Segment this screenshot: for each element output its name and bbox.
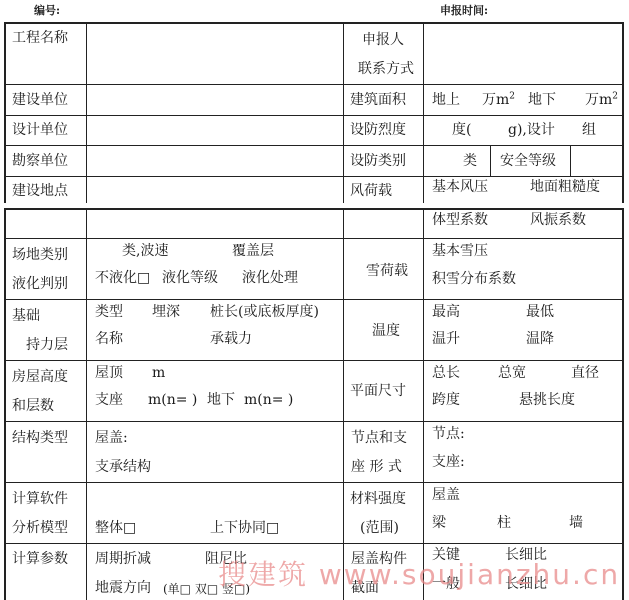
underground-floors: m(n= ) xyxy=(244,392,293,408)
intensity-degree: 度( xyxy=(452,122,471,138)
joint-support-label-2: 座 形 式 xyxy=(351,459,402,475)
site-class-wave-speed: 类,波速 xyxy=(122,243,168,259)
fortification-category-label: 设防类别 xyxy=(350,153,406,169)
diameter: 直径 xyxy=(571,365,599,381)
area-unit-below: 万m2 xyxy=(585,92,618,108)
area-unit-above: 万m2 xyxy=(482,92,515,108)
site-category-label: 场地类别 xyxy=(12,247,68,263)
building-height-label: 房屋高度 xyxy=(12,369,68,385)
calculation-params-label: 计算参数 xyxy=(12,551,68,567)
construction-site-label: 建设地点 xyxy=(12,183,68,199)
seismic-direction: 地震方向 xyxy=(95,580,151,596)
underground-label: 地下 xyxy=(207,392,235,408)
below-ground-label: 地下 xyxy=(528,92,556,108)
building-area-label: 建筑面积 xyxy=(350,92,406,108)
survey-unit-label: 勘察单位 xyxy=(12,153,68,169)
wind-vibration-coefficient-label: 风振系数 xyxy=(530,212,586,228)
liquefaction-treatment: 液化处理 xyxy=(242,270,298,286)
software-label: 计算软件 xyxy=(12,491,68,507)
watermark: 搜建筑 www.soujianzhu.cn xyxy=(218,553,620,593)
roof-material: 屋盖 xyxy=(432,487,460,503)
column-material: 柱 xyxy=(497,515,511,531)
construction-unit-field[interactable] xyxy=(88,86,341,113)
pile-length: 桩长(或底板厚度) xyxy=(210,304,319,320)
applicant-label: 申报人 xyxy=(362,32,404,48)
safety-grade-field[interactable] xyxy=(572,147,620,174)
bearing-capacity: 承载力 xyxy=(210,331,252,347)
total-width: 总宽 xyxy=(498,365,526,381)
bearing-layer-label: 持力层 xyxy=(26,337,68,353)
basic-wind-pressure-label: 基本风压 xyxy=(432,179,488,195)
cantilever-length: 悬挑长度 xyxy=(519,392,575,408)
temperature-drop: 温降 xyxy=(526,331,554,347)
span: 跨度 xyxy=(432,392,460,408)
wall-material: 墙 xyxy=(569,515,583,531)
range-label: (范围) xyxy=(360,520,399,536)
seismic-intensity-label: 设防烈度 xyxy=(350,122,406,138)
design-group: 组 xyxy=(582,122,596,138)
bearing-layer-name: 名称 xyxy=(95,331,123,347)
support-floors: m(n= ) xyxy=(148,392,197,408)
non-liquefaction-checkbox[interactable]: 不液化□ xyxy=(95,270,150,286)
overall-model-checkbox[interactable]: 整体□ xyxy=(95,520,136,536)
collaborative-model-checkbox[interactable]: 上下协同□ xyxy=(210,520,279,536)
category-class: 类 xyxy=(463,153,477,169)
construction-site-field[interactable] xyxy=(88,178,341,202)
snow-distribution-coefficient: 积雪分布系数 xyxy=(432,271,516,287)
beam-material: 梁 xyxy=(432,515,446,531)
ground-roughness-label: 地面粗糙度 xyxy=(530,179,600,195)
roof-height: 屋顶 xyxy=(95,365,123,381)
overburden-layer: 覆盖层 xyxy=(232,243,274,259)
serial-number-label: 编号: xyxy=(34,2,60,18)
joint-value: 节点: xyxy=(432,426,465,442)
temperature-label: 温度 xyxy=(372,323,400,339)
period-reduction: 周期折减 xyxy=(95,551,151,567)
support-value: 支座: xyxy=(432,454,465,470)
liquefaction-grade: 液化等级 xyxy=(162,270,218,286)
snow-load-label: 雪荷载 xyxy=(366,263,408,279)
design-unit-field[interactable] xyxy=(88,117,341,143)
basic-snow-pressure: 基本雪压 xyxy=(432,243,488,259)
max-temperature: 最高 xyxy=(432,304,460,320)
construction-unit-label: 建设单位 xyxy=(12,92,68,108)
burial-depth: 埋深 xyxy=(152,304,180,320)
design-unit-label: 设计单位 xyxy=(12,122,68,138)
total-length: 总长 xyxy=(432,365,460,381)
foundation-label: 基础 xyxy=(12,308,40,324)
structure-type-label: 结构类型 xyxy=(12,430,68,446)
foundation-type: 类型 xyxy=(95,304,123,320)
roof-height-unit: m xyxy=(152,365,165,381)
min-temperature: 最低 xyxy=(526,304,554,320)
survey-unit-field[interactable] xyxy=(88,147,341,174)
analysis-model-label: 分析模型 xyxy=(12,520,68,536)
material-strength-label: 材料强度 xyxy=(350,491,406,507)
intensity-g-design: g),设计 xyxy=(508,122,555,138)
above-ground-label: 地上 xyxy=(432,92,460,108)
roof-structure: 屋盖: xyxy=(95,430,128,446)
wind-load-label: 风荷载 xyxy=(350,183,392,199)
contact-label: 联系方式 xyxy=(358,61,414,77)
safety-grade-label: 安全等级 xyxy=(500,153,556,169)
applicant-contact-field[interactable] xyxy=(425,24,620,82)
project-name-label: 工程名称 xyxy=(12,30,68,46)
supporting-structure: 支承结构 xyxy=(95,459,151,475)
project-name-field[interactable] xyxy=(88,24,341,82)
submission-date-label: 申报时间: xyxy=(440,2,488,18)
plan-dimensions-label: 平面尺寸 xyxy=(350,383,406,399)
liquefaction-judgment-label: 液化判别 xyxy=(12,276,68,292)
support-height: 支座 xyxy=(95,392,123,408)
floors-label: 和层数 xyxy=(12,398,54,414)
shape-coefficient-label: 体型系数 xyxy=(432,212,488,228)
joint-support-label-1: 节点和支 xyxy=(351,430,407,446)
temperature-rise: 温升 xyxy=(432,331,460,347)
